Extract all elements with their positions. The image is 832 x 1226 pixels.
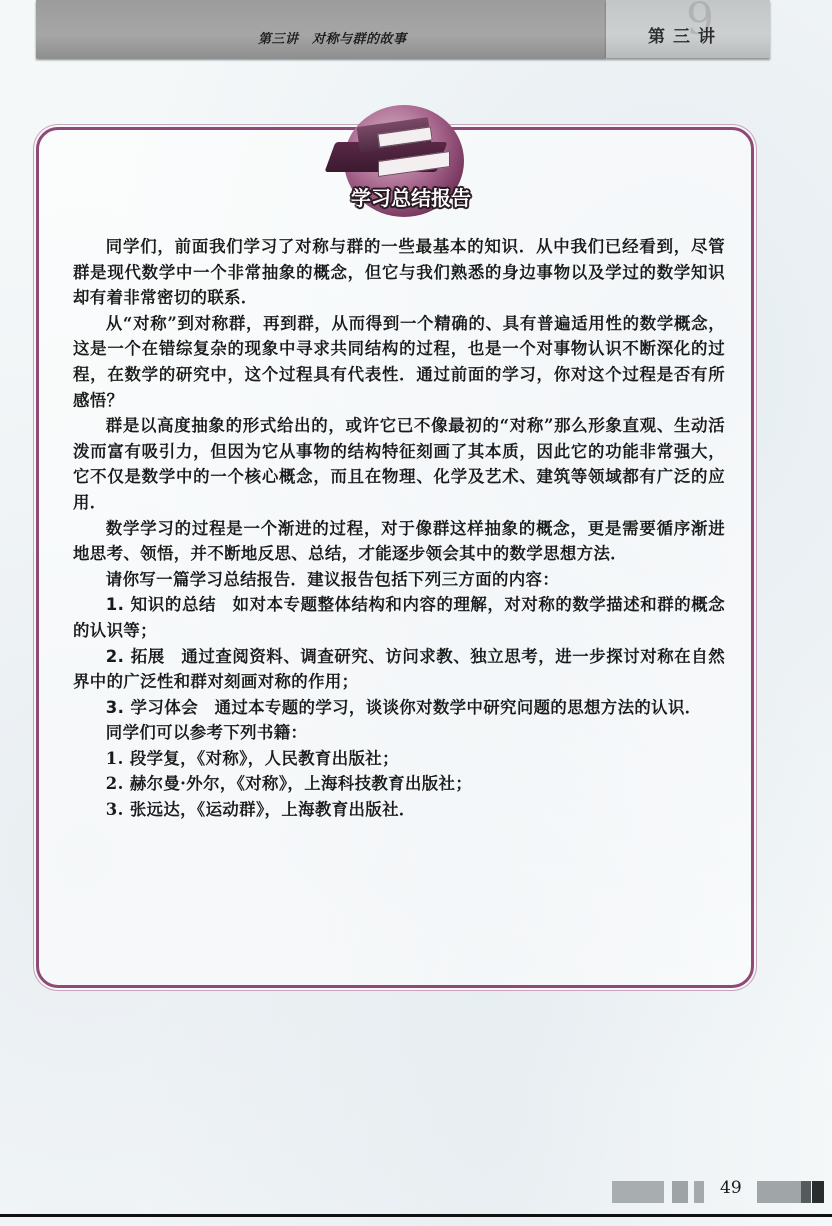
page-number: 49 [720, 1178, 742, 1198]
bottom-rule [0, 1214, 832, 1217]
report-item-label: 3. 学习体会 [106, 698, 198, 717]
reference-item: 3. 张远达，《运动群》，上海教育出版社． [73, 797, 725, 823]
summary-report-emblem: 学习总结报告 [318, 100, 488, 218]
report-item: 2. 拓展通过查阅资料、调查研究、访问求教、独立思考，进一步探讨对称在自然界中的… [73, 644, 725, 695]
report-item-label: 1. 知识的总结 [106, 595, 216, 614]
running-header-bar: 第三讲 对称与群的故事 [36, 0, 606, 58]
running-header-title: 第三讲 对称与群的故事 [258, 28, 407, 47]
paragraph: 从“对称”到对称群，再到群，从而得到一个精确的、具有普遍适用性的数学概念，这是一… [73, 311, 725, 413]
report-item: 3. 学习体会通过本专题的学习，谈谈你对数学中研究问题的思想方法的认识． [73, 695, 725, 721]
references-intro: 同学们可以参考下列书籍： [73, 720, 725, 746]
footer-bar [694, 1181, 704, 1203]
report-body: 同学们，前面我们学习了对称与群的一些最基本的知识．从中我们已经看到，尽管群是现代… [73, 234, 725, 823]
footer-bar [757, 1181, 801, 1203]
chapter-tab-label: 第三讲 [648, 22, 723, 47]
paragraph: 请你写一篇学习总结报告．建议报告包括下列三方面的内容： [73, 567, 725, 593]
footer-bar [672, 1181, 688, 1203]
report-item-text: 通过查阅资料、调查研究、访问求教、独立思考，进一步探讨对称在自然界中的广泛性和群… [73, 647, 725, 692]
footer-bar [801, 1181, 811, 1203]
footer-bar [612, 1181, 664, 1203]
footer-bar [812, 1181, 824, 1203]
report-item-text: 通过本专题的学习，谈谈你对数学中研究问题的思想方法的认识． [215, 698, 702, 717]
section-title: 学习总结报告 [336, 182, 486, 211]
reference-item: 2. 赫尔曼·外尔，《对称》，上海科技教育出版社； [73, 771, 725, 797]
report-item-label: 2. 拓展 [106, 647, 165, 666]
paragraph: 群是以高度抽象的形式给出的，或许它已不像最初的“对称”那么形象直观、生动活泼而富… [73, 413, 725, 515]
reference-item: 1. 段学复，《对称》，人民教育出版社； [73, 746, 725, 772]
paragraph: 同学们，前面我们学习了对称与群的一些最基本的知识．从中我们已经看到，尽管群是现代… [73, 234, 725, 311]
paragraph: 数学学习的过程是一个渐进的过程，对于像群这样抽象的概念，更是需要循序渐进地思考、… [73, 516, 725, 567]
chapter-tab: 9 第三讲 [606, 0, 770, 58]
report-item: 1. 知识的总结如对本专题整体结构和内容的理解，对对称的数学描述和群的概念的认识… [73, 592, 725, 643]
